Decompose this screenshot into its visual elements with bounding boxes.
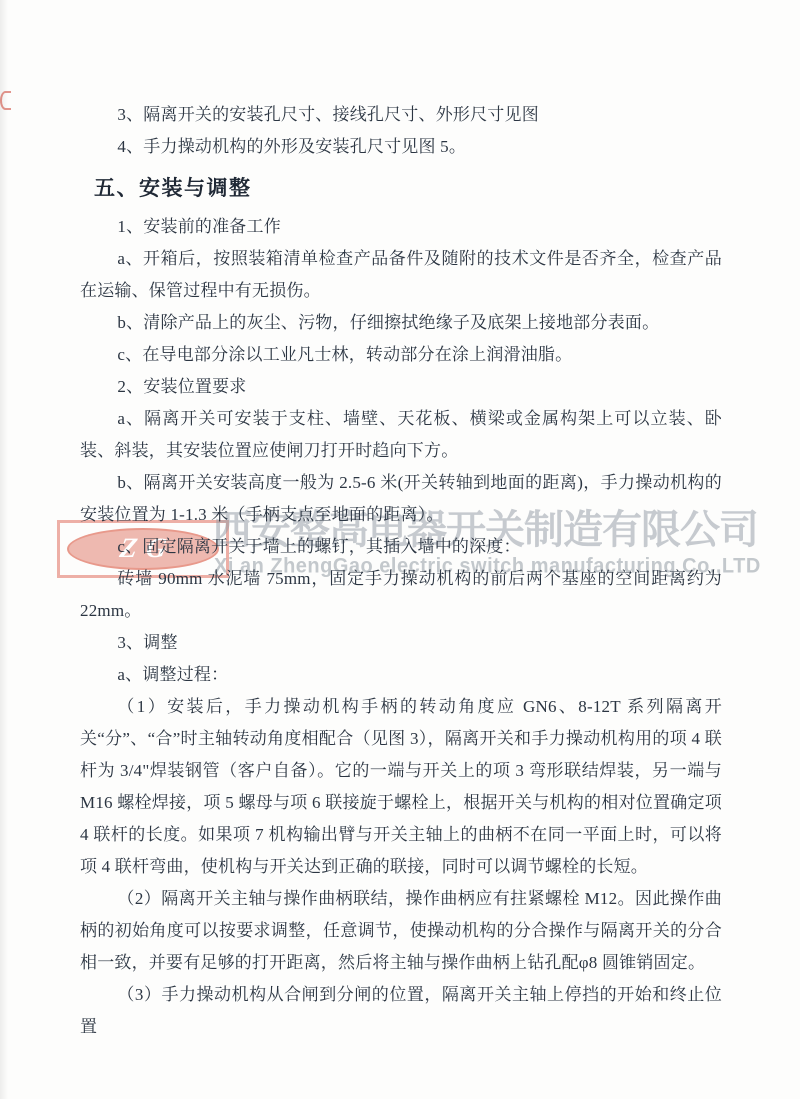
document-body: 3、隔离开关的安装孔尺寸、接线孔尺寸、外形尺寸见图 4、手力操动机构的外形及安装… bbox=[80, 99, 722, 1043]
paragraph-prep-c: c、在导电部分涂以工业凡士林，转动部分在涂上润滑油脂。 bbox=[80, 339, 722, 371]
paragraph-position-a: a、隔离开关可安装于支柱、墙壁、天花板、横梁或金属构架上可以立装、卧装、斜装，其… bbox=[80, 403, 722, 467]
scan-artifact-mark bbox=[0, 91, 11, 110]
paragraph-adjust-step3: （3）手力操动机构从合闸到分闸的位置，隔离开关主轴上停挡的开始和终止位置 bbox=[80, 979, 722, 1043]
paragraph-adjust-title: 3、调整 bbox=[80, 627, 722, 659]
paragraph-position-c: c、固定隔离开关于墙上的螺钉，其插入墙中的深度： bbox=[80, 531, 722, 563]
paragraph-adjust-step1: （1）安装后，手力操动机构手柄的转动角度应 GN6、8-12T 系列隔离开关“分… bbox=[80, 691, 722, 883]
paragraph-wall-depth: 砖墙 90mm 水泥墙 75mm，固定手力操动机构的前后两个基座的空间距离约为2… bbox=[80, 563, 722, 627]
paragraph-item3: 3、隔离开关的安装孔尺寸、接线孔尺寸、外形尺寸见图 bbox=[80, 99, 722, 131]
paragraph-position-title: 2、安装位置要求 bbox=[80, 371, 722, 403]
paragraph-position-b: b、隔离开关安装高度一般为 2.5-6 米(开关转轴到地面的距离)，手力操动机构… bbox=[80, 467, 722, 531]
paragraph-adjust-step2: （2）隔离开关主轴与操作曲柄联结，操作曲柄应有拄紧螺栓 M12。因此操作曲柄的初… bbox=[80, 883, 722, 979]
scanned-document-page: ZG 西安整高电器开关制造有限公司 Xi an ZhengGao electri… bbox=[0, 0, 800, 1099]
paragraph-prep-a: a、开箱后，按照装箱清单检查产品备件及随附的技术文件是否齐全，检查产品在运输、保… bbox=[80, 243, 722, 307]
paragraph-prep-b: b、清除产品上的灰尘、污物，仔细擦拭绝缘子及底架上接地部分表面。 bbox=[80, 307, 722, 339]
section-heading: 五、安装与调整 bbox=[94, 170, 722, 206]
paragraph-item4: 4、手力操动机构的外形及安装孔尺寸见图 5。 bbox=[80, 131, 722, 163]
paragraph-prep-title: 1、安装前的准备工作 bbox=[80, 211, 722, 243]
paragraph-adjust-a: a、调整过程： bbox=[80, 659, 722, 691]
